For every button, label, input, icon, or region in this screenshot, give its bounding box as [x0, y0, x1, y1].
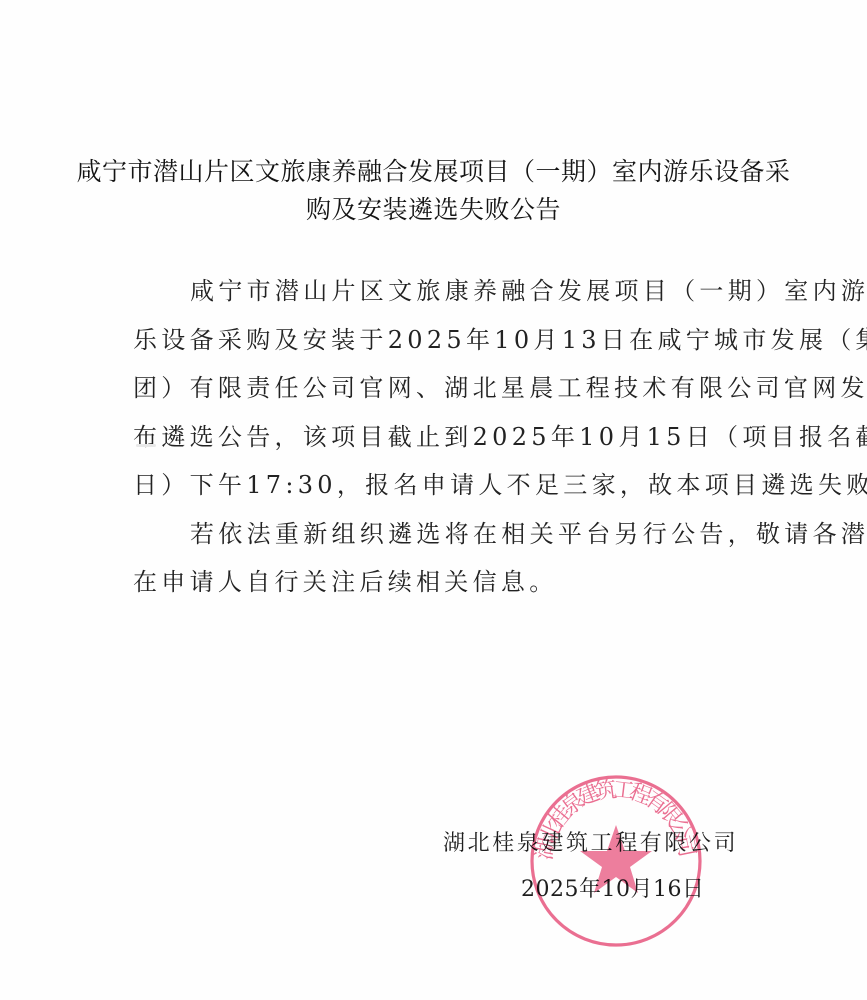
document-page: 咸宁市潜山片区文旅康养融合发展项目（一期）室内游乐设备采 购及安装遴选失败公告 …	[0, 0, 867, 1000]
paragraph-line: 乐设备采购及安装于2025年10月13日在咸宁城市发展（集	[133, 325, 743, 374]
title-line-1: 咸宁市潜山片区文旅康养融合发展项目（一期）室内游乐设备采	[0, 153, 867, 191]
paragraph-2: 若依法重新组织遴选将在相关平台另行公告，敬请各潜 在申请人自行关注后续相关信息。	[133, 519, 743, 616]
paragraph-line: 日）下午17:30，报名申请人不足三家，故本项目遴选失败。	[133, 470, 743, 519]
company-seal-icon: 湖北桂泉建筑工程有限公司	[528, 773, 704, 949]
paragraph-line: 团）有限责任公司官网、湖北星晨工程技术有限公司官网发	[133, 373, 743, 422]
paragraph-line: 咸宁市潜山片区文旅康养融合发展项目（一期）室内游	[133, 276, 743, 325]
paragraph-line: 在申请人自行关注后续相关信息。	[133, 567, 743, 616]
title-line-2: 购及安装遴选失败公告	[0, 191, 867, 229]
paragraph-line: 布遴选公告，该项目截止到2025年10月15日（项目报名截止	[133, 422, 743, 471]
document-title: 咸宁市潜山片区文旅康养融合发展项目（一期）室内游乐设备采 购及安装遴选失败公告	[0, 153, 867, 229]
document-body: 咸宁市潜山片区文旅康养融合发展项目（一期）室内游 乐设备采购及安装于2025年1…	[133, 276, 743, 616]
scan-artifact	[136, 444, 156, 447]
paragraph-line: 若依法重新组织遴选将在相关平台另行公告，敬请各潜	[133, 519, 743, 568]
paragraph-1: 咸宁市潜山片区文旅康养融合发展项目（一期）室内游 乐设备采购及安装于2025年1…	[133, 276, 743, 519]
